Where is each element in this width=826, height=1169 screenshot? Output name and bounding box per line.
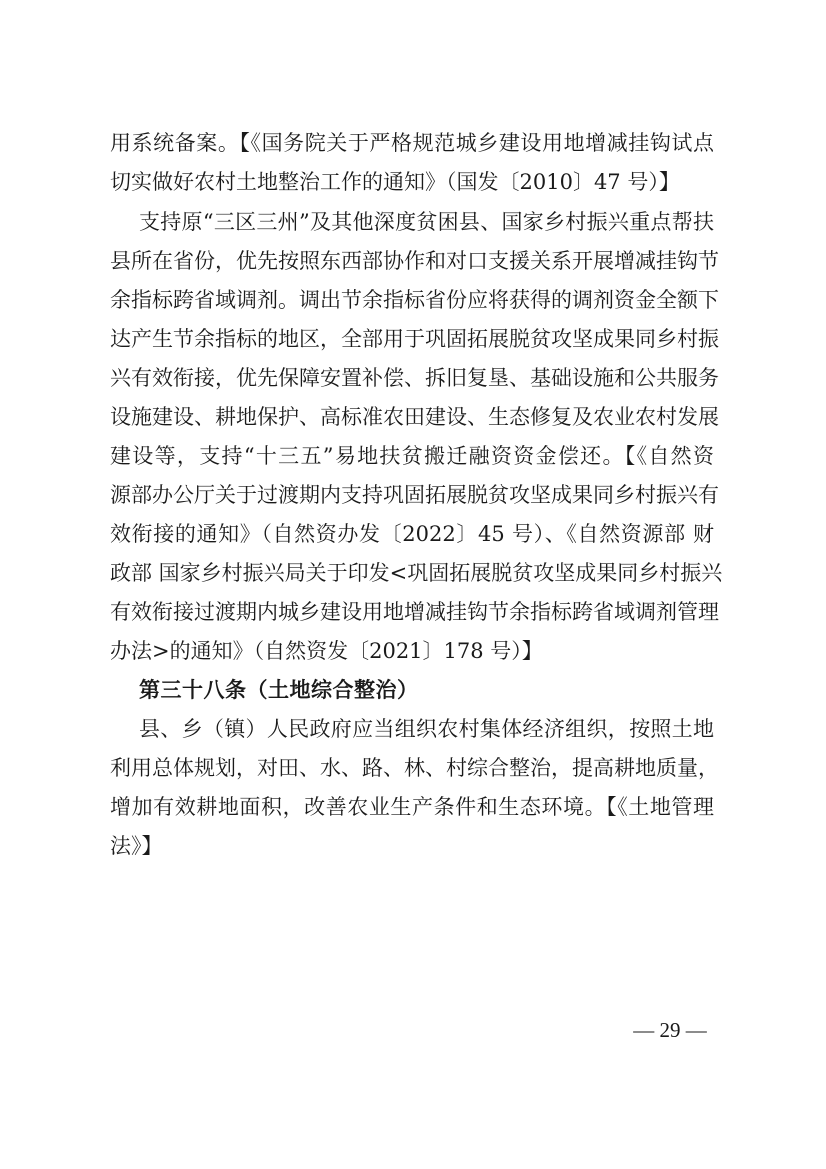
paragraph-line: 县、乡（镇）人民政府应当组织农村集体经济组织，按照土地 [139, 710, 714, 749]
paragraph-line: 有效衔接过渡期内城乡建设用地增减挂钩节余指标跨省域调剂管理 [110, 593, 714, 632]
paragraph-line: 增加有效耕地面积，改善农业生产条件和生态环境。【《土地管理 [110, 788, 714, 827]
paragraph-line: 利用总体规划，对田、水、路、林、村综合整治，提高耕地质量， [110, 749, 714, 788]
article-heading: 第三十八条（土地综合整治） [139, 671, 714, 710]
paragraph-line: 效衔接的通知》（自然资办发〔2022〕45 号）、《自然资源部 财 [110, 515, 714, 554]
paragraph-line: 余指标跨省域调剂。调出节余指标省份应将获得的调剂资金全额下 [110, 281, 714, 320]
paragraph-line: 切实做好农村土地整治工作的通知》（国发〔2010〕47 号）】 [110, 163, 714, 202]
paragraph-line: 政部 国家乡村振兴局关于印发<巩固拓展脱贫攻坚成果同乡村振兴 [110, 554, 714, 593]
paragraph-line: 建设等，支持“十三五”易地扶贫搬迁融资资金偿还。【《自然资 [110, 437, 714, 476]
paragraph-line: 县所在省份，优先按照东西部协作和对口支援关系开展增减挂钩节 [110, 242, 714, 281]
paragraph-line: 设施建设、耕地保护、高标准农田建设、生态修复及农业农村发展 [110, 398, 714, 437]
paragraph-line: 支持原“三区三州”及其他深度贫困县、国家乡村振兴重点帮扶 [139, 203, 714, 242]
paragraph-line: 法》】 [110, 827, 714, 866]
page-number: — 29 — [620, 1016, 720, 1044]
paragraph-line: 兴有效衔接，优先保障安置补偿、拆旧复垦、基础设施和公共服务 [110, 359, 714, 398]
document-page: 用系统备案。【《国务院关于严格规范城乡建设用地增减挂钩试点 切实做好农村土地整治… [0, 0, 826, 1169]
paragraph-line: 源部办公厅关于过渡期内支持巩固拓展脱贫攻坚成果同乡村振兴有 [110, 476, 714, 515]
paragraph-line: 用系统备案。【《国务院关于严格规范城乡建设用地增减挂钩试点 [110, 124, 714, 163]
paragraph-line: 达产生节余指标的地区，全部用于巩固拓展脱贫攻坚成果同乡村振 [110, 320, 714, 359]
paragraph-line: 办法>的通知》（自然资发〔2021〕178 号）】 [110, 632, 714, 671]
